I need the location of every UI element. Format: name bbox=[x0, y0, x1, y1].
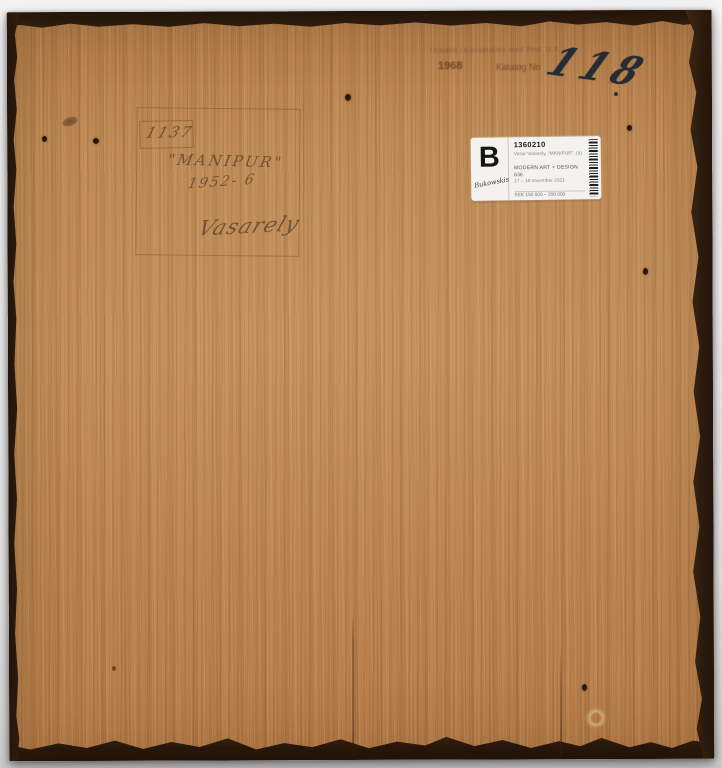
label-estimate: SEK 150 000 – 200 000 bbox=[514, 190, 585, 198]
panel-edge-top bbox=[7, 10, 712, 32]
auction-house-initial: B bbox=[479, 144, 500, 173]
label-artwork-description: Victor Vasarely, "MANIPUR", (a) bbox=[514, 151, 585, 157]
label-sale-date: 17 – 18 november 2021 bbox=[514, 178, 585, 184]
nail-hole bbox=[42, 136, 47, 142]
panel-edge-left bbox=[7, 12, 23, 761]
red-paint-speck bbox=[112, 666, 116, 671]
panel-edge-bottom bbox=[9, 733, 714, 761]
nail-hole bbox=[627, 125, 632, 131]
pencil-inventory-box: 1137 bbox=[139, 120, 193, 149]
barcode bbox=[589, 139, 599, 196]
sticker-residue bbox=[585, 707, 607, 729]
auction-house-signature: Bukowskis bbox=[474, 176, 509, 190]
nail-hole bbox=[582, 684, 587, 691]
auction-label-right-column: 1360210 Victor Vasarely, "MANIPUR", (a) … bbox=[509, 136, 602, 200]
handwritten-catalog-number-dot bbox=[614, 92, 618, 96]
auction-label-left-column: B Bukowskis bbox=[471, 137, 510, 201]
panel-edge-right bbox=[685, 10, 715, 759]
auction-label: B Bukowskis 1360210 Victor Vasarely, "MA… bbox=[471, 136, 602, 201]
nail-hole bbox=[93, 138, 99, 144]
exhibition-stamp-katalog-label: Katalog No bbox=[496, 62, 541, 72]
nail-hole bbox=[345, 94, 351, 101]
inventory-number: 1137 bbox=[144, 123, 196, 142]
handwritten-title: "MANIPUR" bbox=[166, 151, 285, 172]
wooden-panel-verso bbox=[7, 10, 715, 761]
handwritten-catalog-number: 118 bbox=[541, 42, 656, 92]
exhibition-stamp-year: 1968 bbox=[438, 60, 462, 72]
label-item-number: 1360210 bbox=[514, 139, 585, 149]
photo-canvas: Utställd i Konsthallen med Prof. U.F. 19… bbox=[0, 0, 722, 768]
label-sale-name: MODERN ART + DESIGN bbox=[514, 164, 585, 171]
nail-hole bbox=[643, 268, 648, 275]
label-lot-number: 636 bbox=[514, 171, 585, 178]
